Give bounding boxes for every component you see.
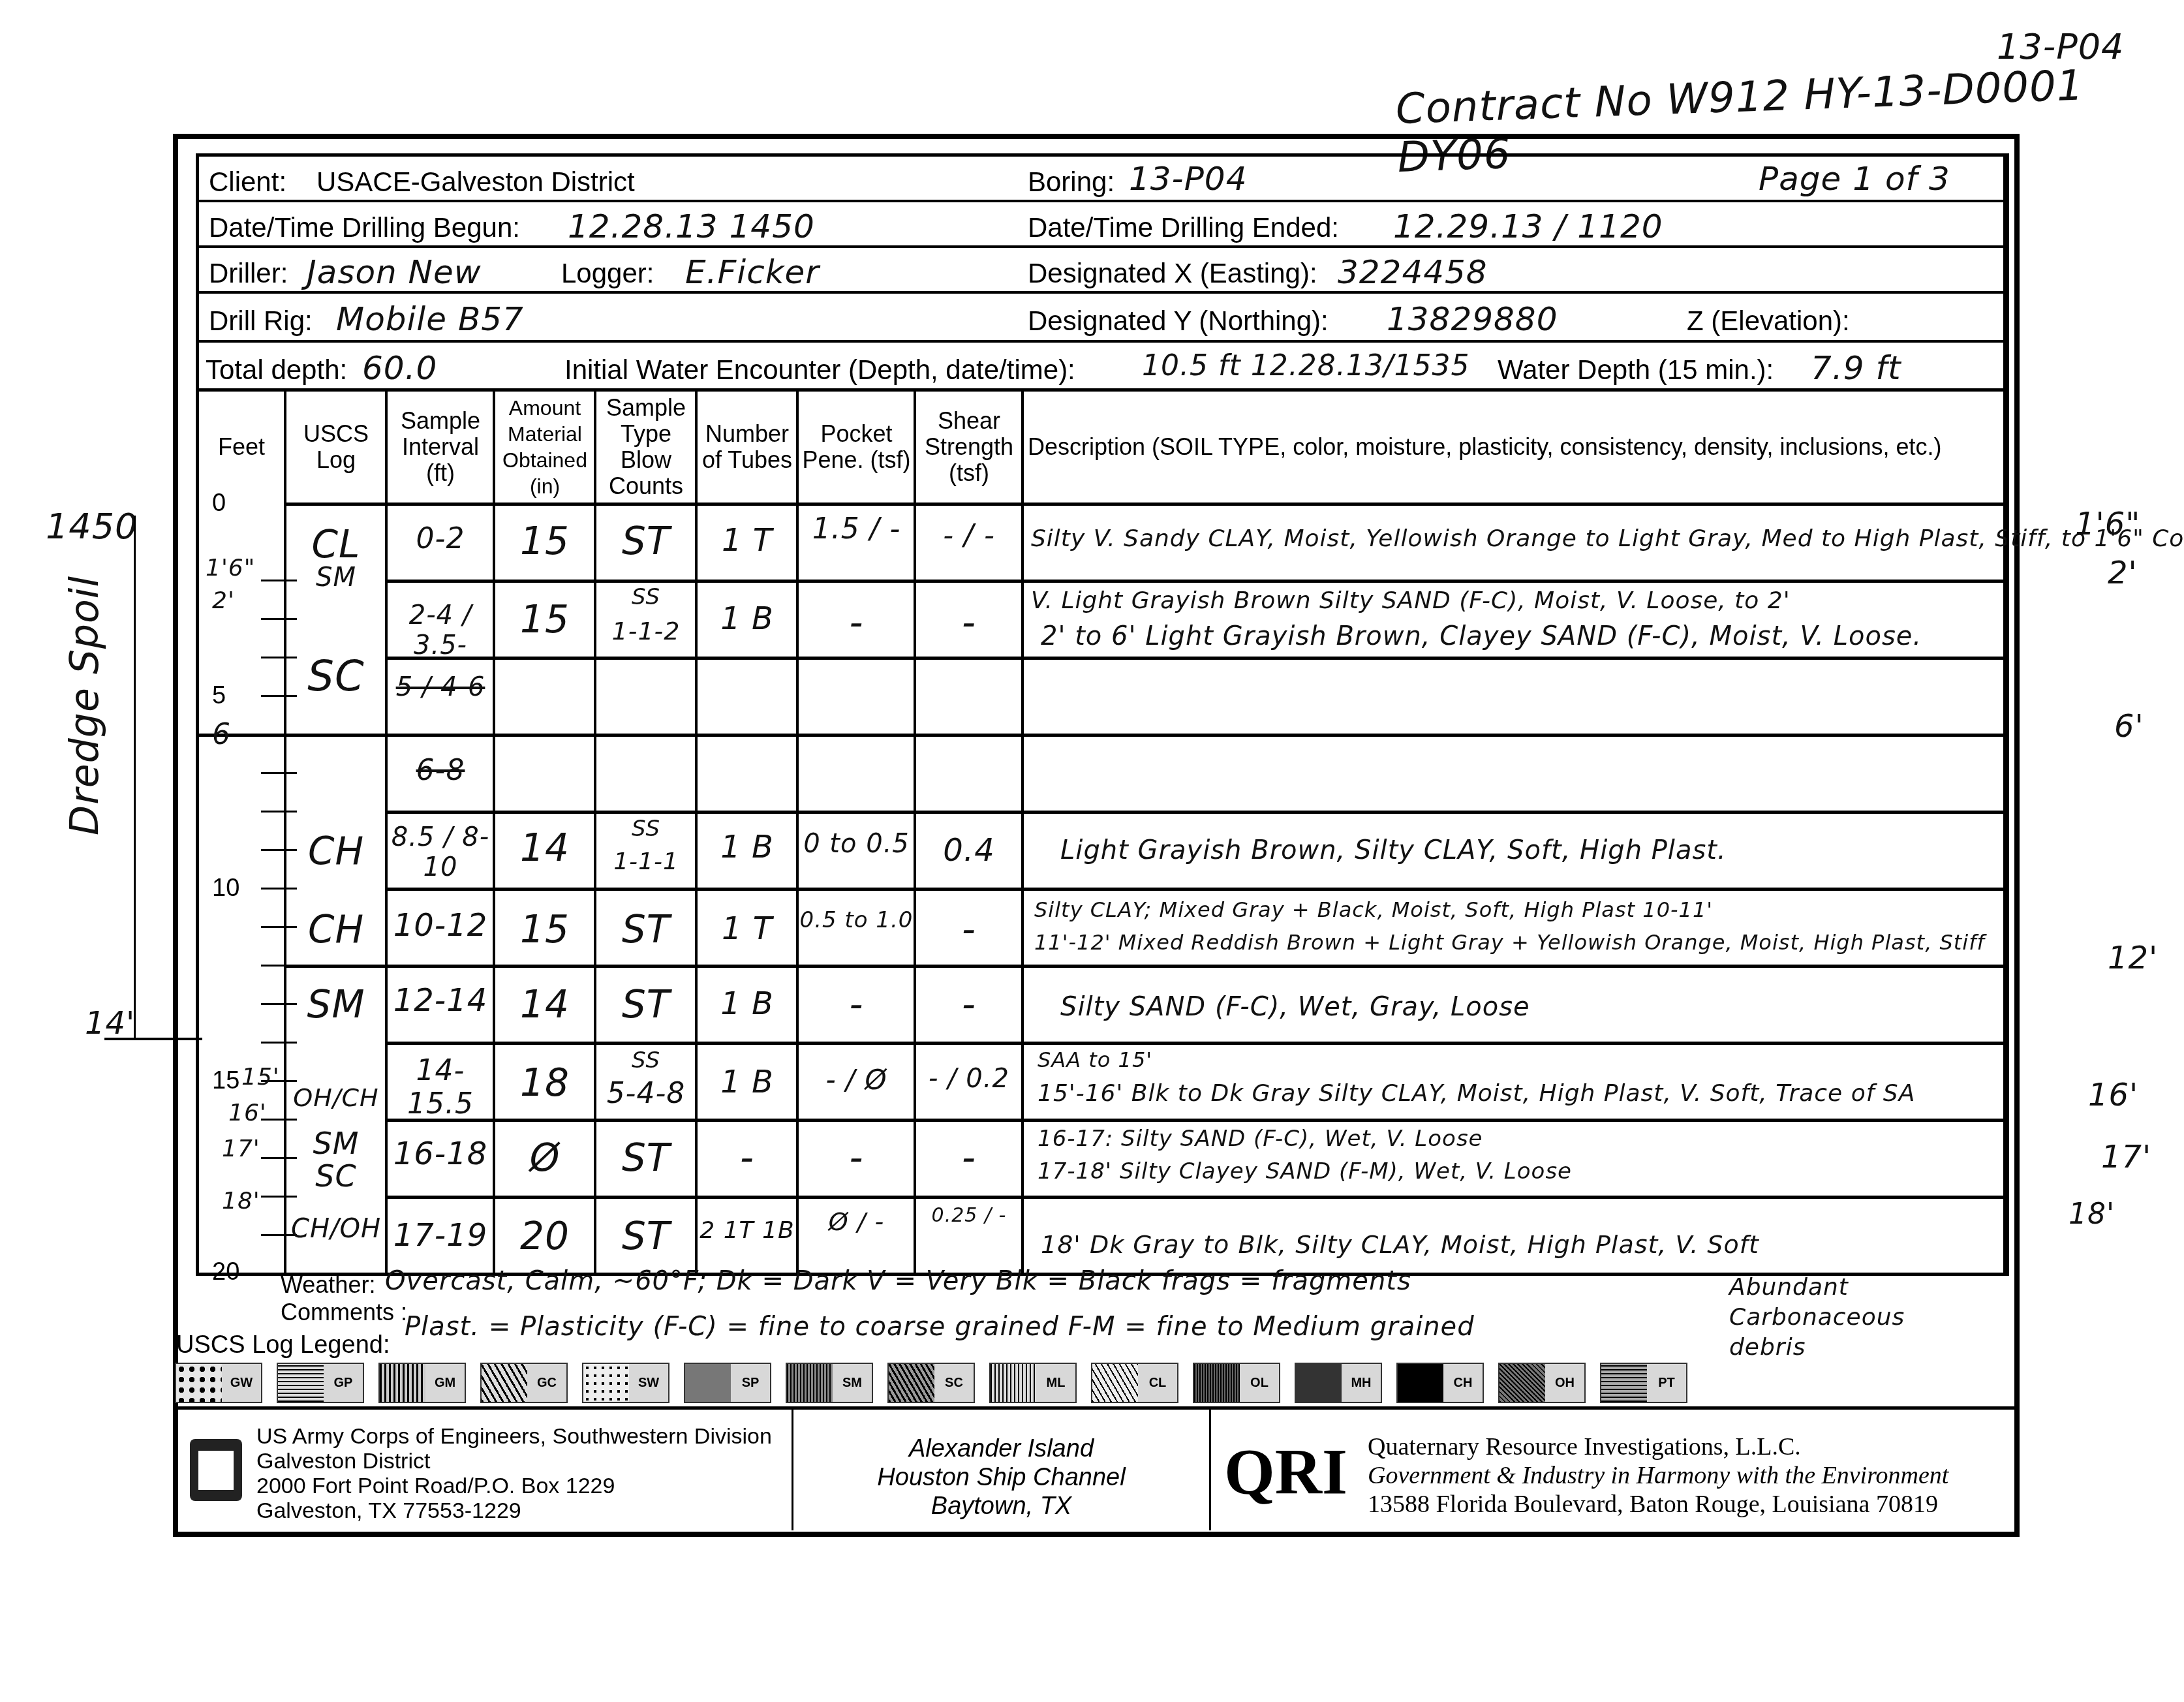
- row-line: [199, 734, 2003, 737]
- interval-cell: 5 / 4-6: [388, 672, 493, 702]
- feet-tick: [261, 1042, 297, 1044]
- uscs-code: SC: [287, 653, 385, 701]
- comments-label: Comments :: [281, 1299, 407, 1326]
- legend-item-gw: GW: [175, 1363, 262, 1403]
- client-value: USACE-Galveston District: [316, 166, 635, 198]
- row-line: [385, 888, 2003, 891]
- feet-tick: [261, 965, 297, 967]
- interval-cell: 6-8: [388, 754, 493, 787]
- shear-cell: -: [917, 600, 1021, 645]
- description-line: 11'-12' Mixed Reddish Brown + Light Gray…: [1034, 930, 1985, 955]
- amount-cell: 15: [496, 907, 594, 952]
- col-header-type: Sample Type Blow Counts: [597, 392, 695, 503]
- pocket-cell: -: [799, 982, 914, 1027]
- client-label: Client:: [209, 166, 286, 198]
- description-line: 17-18' Silty Clayey SAND (F-M), Wet, V. …: [1038, 1158, 1572, 1184]
- easting-label: Designated X (Easting):: [1028, 258, 1317, 289]
- uscs-code: SM: [287, 982, 385, 1027]
- usace-line: Galveston District: [256, 1449, 772, 1474]
- interval-cell: 16-18: [388, 1136, 493, 1172]
- legend-code: SM: [833, 1364, 872, 1402]
- legend-code: GM: [425, 1364, 465, 1402]
- tubes-cell: 1 T: [698, 910, 796, 947]
- interval-cell: 14-15.5: [388, 1054, 493, 1121]
- shear-cell: -: [917, 907, 1021, 952]
- legend-item-sm: SM: [786, 1363, 873, 1403]
- usace-castle-logo-icon: [190, 1439, 242, 1501]
- type-cell: SS: [597, 584, 695, 610]
- pocket-cell: 0.5 to 1.0: [799, 907, 914, 933]
- col-divider: [594, 392, 596, 1276]
- pocket-cell: -: [799, 600, 914, 645]
- ch-pattern-icon: [1398, 1364, 1443, 1402]
- col-header-feet: Feet: [199, 392, 284, 503]
- row-line: [385, 1119, 2003, 1122]
- boring-log-form: Client: USACE-Galveston District Boring:…: [196, 153, 2007, 1276]
- col-divider: [796, 392, 799, 1276]
- feet-note: 2': [212, 587, 235, 614]
- shear-cell: 0.25 / -: [917, 1204, 1021, 1227]
- feet-tick: [261, 1196, 297, 1198]
- margin-depth-14: 14': [85, 1005, 135, 1042]
- cl-pattern-icon: [1092, 1364, 1138, 1402]
- col-header-pocket: Pocket Pene. (tsf): [799, 392, 914, 503]
- pocket-cell: - / Ø: [799, 1064, 914, 1096]
- usace-line: Galveston, TX 77553-1229: [256, 1498, 772, 1523]
- driller-label: Driller:: [209, 258, 288, 289]
- right-depth-note: 12': [2108, 940, 2158, 976]
- legend-code: CL: [1138, 1364, 1177, 1402]
- feet-tick: [261, 811, 297, 812]
- tubes-cell: 1 B: [698, 985, 796, 1022]
- col-header-description: Description (SOIL TYPE, color, moisture,…: [1028, 392, 2000, 503]
- description-line: 18' Dk Gray to Blk, Silty CLAY, Moist, H…: [1041, 1230, 1759, 1259]
- feet-note: 16': [228, 1100, 267, 1126]
- legend-code: GW: [222, 1364, 261, 1402]
- site-line: Baytown, TX: [793, 1492, 1209, 1521]
- feet-label: 10: [212, 874, 239, 903]
- sc-pattern-icon: [889, 1364, 934, 1402]
- row-line: [385, 1042, 2003, 1045]
- qri-name: Quaternary Resource Investigations, L.L.…: [1368, 1432, 1948, 1461]
- sp-pattern-icon: [685, 1364, 731, 1402]
- blow-counts: 1-1-2: [597, 617, 695, 645]
- site-line: Houston Ship Channel: [793, 1463, 1209, 1492]
- legend-code: OH: [1545, 1364, 1584, 1402]
- amount-cell: Ø: [496, 1136, 594, 1180]
- amount-cell: 18: [496, 1060, 594, 1105]
- usace-address: US Army Corps of Engineers, Southwestern…: [256, 1424, 772, 1523]
- abundant-note: Abundant Carbonaceous debris: [1729, 1273, 1977, 1363]
- description-line: Silty V. Sandy CLAY, Moist, Yellowish Or…: [1031, 525, 2184, 552]
- legend-code: ML: [1036, 1364, 1075, 1402]
- col-divider: [493, 392, 495, 1276]
- sm-pattern-icon: [787, 1364, 833, 1402]
- feet-tick: [261, 734, 297, 735]
- legend-item-sp: SP: [684, 1363, 771, 1403]
- right-depth-note: 18': [2069, 1198, 2115, 1231]
- footer-usace: US Army Corps of Engineers, Southwestern…: [178, 1406, 792, 1530]
- legend-code: CH: [1443, 1364, 1483, 1402]
- uscs-code: OH/CH: [287, 1083, 385, 1112]
- elevation-label: Z (Elevation):: [1687, 305, 1850, 337]
- pt-pattern-icon: [1601, 1364, 1647, 1402]
- description-line: Silty CLAY; Mixed Gray + Black, Moist, S…: [1034, 897, 1713, 922]
- begun-value: 12.28.13 1450: [568, 208, 815, 245]
- uscs-code: SC: [287, 1158, 385, 1194]
- shear-cell: - / 0.2: [917, 1064, 1021, 1094]
- type-cell: ST: [597, 907, 695, 952]
- amount-cell: 20: [496, 1214, 594, 1258]
- tubes-cell: 1 T: [698, 522, 796, 559]
- uscs-code: SM: [287, 563, 385, 593]
- uscs-code: CH: [287, 829, 385, 873]
- col-divider: [695, 392, 698, 1276]
- legend-item-gp: GP: [277, 1363, 364, 1403]
- interval-cell: 10-12: [388, 907, 493, 944]
- legend-item-oh: OH: [1498, 1363, 1586, 1403]
- header-row-client: Client: USACE-Galveston District Boring:…: [199, 157, 2003, 202]
- interval-cell: 0-2: [388, 522, 493, 555]
- interval-cell: 2-4 / 3.5-: [388, 600, 493, 660]
- amount-cell: 15: [496, 597, 594, 642]
- tubes-cell: 2 1T 1B: [698, 1217, 796, 1244]
- type-cell: ST: [597, 1214, 695, 1258]
- feet-label: 0: [212, 489, 226, 518]
- right-depth-note: 2': [2108, 555, 2138, 591]
- water-depth-value: 7.9 ft: [1811, 349, 1901, 387]
- ended-value: 12.29.13 / 1120: [1393, 208, 1663, 245]
- legend-item-ml: ML: [989, 1363, 1077, 1403]
- ended-label: Date/Time Drilling Ended:: [1028, 212, 1339, 243]
- margin-time: 1450: [46, 506, 138, 547]
- row-line: [284, 503, 2003, 506]
- margin-arrow-line: [134, 516, 136, 1038]
- col-header-uscs: USCS Log: [287, 392, 385, 503]
- comments-value: Plast. = Plasticity (F-C) = fine to coar…: [405, 1312, 1475, 1342]
- type-cell: ST: [597, 982, 695, 1027]
- row-line: [385, 657, 2003, 660]
- uscs-code: CH: [287, 907, 385, 952]
- legend-item-gc: GC: [480, 1363, 568, 1403]
- header-row-rig: Drill Rig: Mobile B57 Designated Y (Nort…: [199, 294, 2003, 343]
- begun-label: Date/Time Drilling Begun:: [209, 212, 520, 243]
- tubes-cell: 1 B: [698, 829, 796, 865]
- col-divider: [284, 392, 286, 1276]
- amount-cell: 14: [496, 982, 594, 1027]
- legend-item-pt: PT: [1600, 1363, 1687, 1403]
- description-line: V. Light Grayish Brown Silty SAND (F-C),…: [1031, 587, 1791, 614]
- row-line: [385, 1196, 2003, 1199]
- shear-cell: -: [917, 1136, 1021, 1180]
- description-line: 2' to 6' Light Grayish Brown, Clayey SAN…: [1041, 621, 1922, 651]
- ol-pattern-icon: [1194, 1364, 1240, 1402]
- site-line: Alexander Island: [793, 1434, 1209, 1463]
- tubes-cell: 1 B: [698, 1064, 796, 1100]
- gp-pattern-icon: [278, 1364, 324, 1402]
- feet-note: 1'6": [206, 555, 255, 581]
- weather-label: Weather:: [281, 1271, 375, 1299]
- col-divider: [1021, 392, 1024, 1276]
- sw-pattern-icon: [583, 1364, 629, 1402]
- header-row-driller: Driller: Jason New Logger: E.Ficker Desi…: [199, 248, 2003, 294]
- easting-value: 3224458: [1338, 253, 1488, 291]
- pocket-cell: -: [799, 1136, 914, 1180]
- water-encounter-label: Initial Water Encounter (Depth, date/tim…: [564, 354, 1075, 386]
- legend-code: SP: [731, 1364, 770, 1402]
- blow-counts: 5-4-8: [597, 1077, 695, 1110]
- legend-code: GC: [527, 1364, 566, 1402]
- frame-rail: [2007, 153, 2009, 1276]
- col-header-amount: Amount Material Obtained (in): [496, 392, 594, 503]
- amount-cell: 14: [496, 826, 594, 870]
- oh-pattern-icon: [1500, 1364, 1545, 1402]
- interval-cell: 17-19: [388, 1217, 493, 1254]
- uscs-code: CL: [287, 522, 385, 566]
- right-depth-note: 17': [2101, 1139, 2151, 1175]
- logger-label: Logger:: [561, 258, 654, 289]
- rig-label: Drill Rig:: [209, 305, 313, 337]
- legend-item-gm: GM: [378, 1363, 466, 1403]
- mh-pattern-icon: [1296, 1364, 1342, 1402]
- legend-item-mh: MH: [1295, 1363, 1382, 1403]
- interval-cell: 12-14: [388, 982, 493, 1019]
- row-line: [385, 811, 2003, 814]
- shear-cell: - / -: [917, 519, 1021, 552]
- shear-cell: 0.4: [917, 832, 1021, 869]
- weather-value: Overcast, Calm, ~60°F; Dk = Dark V = Ver…: [385, 1266, 1411, 1296]
- legend-code: SW: [629, 1364, 668, 1402]
- header-row-dates: Date/Time Drilling Begun: 12.28.13 1450 …: [199, 202, 2003, 248]
- qri-address: 13588 Florida Boulevard, Baton Rouge, Lo…: [1368, 1490, 1948, 1519]
- uscs-code: SM: [287, 1126, 385, 1161]
- site-location: Alexander Island Houston Ship Channel Ba…: [793, 1434, 1209, 1521]
- pocket-cell: 1.5 / -: [799, 512, 914, 546]
- shear-cell: -: [917, 982, 1021, 1027]
- feet-tick: [261, 888, 297, 890]
- type-cell: SS: [597, 816, 695, 842]
- legend-code: GP: [324, 1364, 363, 1402]
- col-divider: [385, 392, 388, 1276]
- col-header-tubes: Number of Tubes: [698, 392, 796, 503]
- driller-value: Jason New: [307, 253, 482, 291]
- footer-qri: QRI Quaternary Resource Investigations, …: [1209, 1406, 2016, 1530]
- feet-tick: [261, 618, 297, 620]
- log-grid: Feet USCS Log Sample Interval (ft) Amoun…: [199, 392, 2003, 1276]
- legend-label: USCS Log Legend:: [176, 1331, 390, 1359]
- uscs-legend: GW GP GM GC SW SP SM SC ML CL OL MH CH O…: [175, 1363, 2022, 1403]
- water-depth-label: Water Depth (15 min.):: [1498, 354, 1774, 386]
- boring-label: Boring:: [1028, 166, 1115, 198]
- col-divider: [914, 392, 916, 1276]
- margin-note-dredge-spoil: Dredge Spoil: [62, 576, 108, 835]
- feet-note: 17': [222, 1136, 260, 1162]
- type-cell: ST: [597, 1136, 695, 1180]
- northing-value: 13829880: [1387, 300, 1558, 338]
- amount-cell: 15: [496, 519, 594, 563]
- legend-item-ch: CH: [1396, 1363, 1484, 1403]
- northing-label: Designated Y (Northing):: [1028, 305, 1329, 337]
- col-header-interval: Sample Interval (ft): [388, 392, 493, 503]
- feet-tick: [261, 772, 297, 774]
- description-line: SAA to 15': [1038, 1047, 1152, 1072]
- feet-label: 15: [212, 1067, 239, 1095]
- total-depth-value: 60.0: [362, 349, 437, 387]
- qri-logo: QRI: [1224, 1439, 1347, 1504]
- legend-code: OL: [1240, 1364, 1279, 1402]
- description-line: Light Grayish Brown, Silty CLAY, Soft, H…: [1060, 835, 1727, 865]
- legend-item-cl: CL: [1091, 1363, 1178, 1403]
- feet-note: 18': [222, 1188, 260, 1215]
- right-depth-note: 6': [2114, 708, 2144, 745]
- footer-site: Alexander Island Houston Ship Channel Ba…: [792, 1406, 1209, 1530]
- type-cell: SS: [597, 1047, 695, 1074]
- qri-tagline: Government & Industry in Harmony with th…: [1368, 1461, 1948, 1490]
- right-depth-note: 16': [2088, 1077, 2138, 1113]
- feet-note: 15': [241, 1064, 280, 1091]
- rig-value: Mobile B57: [336, 300, 524, 338]
- legend-item-ol: OL: [1193, 1363, 1280, 1403]
- col-header-shear: Shear Strength (tsf): [917, 392, 1021, 503]
- tubes-cell: 1 B: [698, 600, 796, 637]
- gc-pattern-icon: [482, 1364, 527, 1402]
- legend-item-sw: SW: [582, 1363, 669, 1403]
- uscs-code: CH/OH: [287, 1214, 385, 1244]
- blow-counts: 1-1-1: [597, 848, 695, 875]
- water-encounter-value: 10.5 ft 12.28.13/1535: [1142, 349, 1469, 382]
- row-line: [385, 580, 2003, 583]
- pocket-cell: Ø / -: [799, 1207, 914, 1236]
- usace-line: US Army Corps of Engineers, Southwestern…: [256, 1424, 772, 1449]
- usace-line: 2000 Fort Point Road/P.O. Box 1229: [256, 1474, 772, 1498]
- legend-code: SC: [934, 1364, 974, 1402]
- description-line: 15'-16' Blk to Dk Gray Silty CLAY, Moist…: [1038, 1080, 1915, 1107]
- legend-code: PT: [1647, 1364, 1686, 1402]
- legend-code: MH: [1342, 1364, 1381, 1402]
- logger-value: E.Ficker: [685, 253, 820, 291]
- pocket-cell: 0 to 0.5: [799, 829, 914, 859]
- description-line: Silty SAND (F-C), Wet, Gray, Loose: [1060, 992, 1530, 1022]
- total-depth-label: Total depth:: [206, 354, 347, 386]
- tubes-cell: -: [698, 1136, 796, 1180]
- boring-id-corner: 13-P04: [1997, 26, 2124, 67]
- feet-label: 20: [212, 1258, 239, 1286]
- legend-item-sc: SC: [887, 1363, 975, 1403]
- qri-info: Quaternary Resource Investigations, L.L.…: [1368, 1432, 1948, 1519]
- gm-pattern-icon: [380, 1364, 425, 1402]
- type-cell: ST: [597, 519, 695, 563]
- interval-cell: 8.5 / 8-10: [388, 822, 493, 882]
- gw-pattern-icon: [176, 1364, 222, 1402]
- feet-note: 6: [212, 718, 231, 751]
- row-line: [284, 965, 2003, 968]
- header-row-depth: Total depth: 60.0 Initial Water Encounte…: [199, 343, 2003, 392]
- ml-pattern-icon: [991, 1364, 1036, 1402]
- boring-value: 13-P04: [1129, 160, 1247, 198]
- page-number: Page 1 of 3: [1759, 160, 1950, 198]
- feet-label: 5: [212, 682, 226, 710]
- description-line: 16-17: Silty SAND (F-C), Wet, V. Loose: [1038, 1126, 1483, 1152]
